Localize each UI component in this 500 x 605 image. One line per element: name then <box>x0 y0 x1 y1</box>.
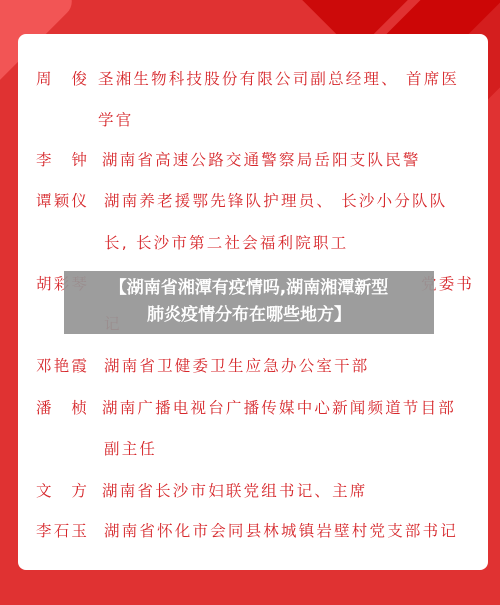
person-role: 学官 <box>98 108 133 130</box>
person-role: 湖南养老援鄂先锋队护理员、 长沙小分队队 <box>104 189 447 211</box>
person-name: 李石玉 <box>36 519 96 541</box>
person-name: 李 钟 <box>36 148 96 170</box>
person-role: 长, 长沙市第二社会福利院职工 <box>104 231 348 253</box>
person-role: 副主任 <box>104 437 157 459</box>
person-role: 湖南省长沙市妇联党组书记、主席 <box>102 479 368 501</box>
person-role: 圣湘生物科技股份有限公司副总经理、 首席医 <box>98 67 459 89</box>
person-name: 文 方 <box>36 479 96 501</box>
person-role: 湖南省卫健委卫生应急办公室干部 <box>104 354 370 376</box>
person-role: 湖南省高速公路交通警察局岳阳支队民警 <box>102 148 421 170</box>
headline-overlay: 【湖南省湘潭有疫情吗,湖南湘潭新型 肺炎疫情分布在哪些地方】 <box>64 271 434 334</box>
person-role: 湖南省怀化市会同县林城镇岩壁村党支部书记 <box>104 519 458 541</box>
headline-line-1: 【湖南省湘潭有疫情吗,湖南湘潭新型 <box>64 275 434 302</box>
person-role: 湖南广播电视台广播传媒中心新闻频道节目部 <box>102 396 456 418</box>
person-name: 邓艳霞 <box>36 354 96 376</box>
person-name: 潘 桢 <box>36 396 96 418</box>
headline-line-2: 肺炎疫情分布在哪些地方】 <box>64 302 434 329</box>
person-name: 周 俊 <box>36 67 96 89</box>
person-name: 谭颖仪 <box>36 189 96 211</box>
